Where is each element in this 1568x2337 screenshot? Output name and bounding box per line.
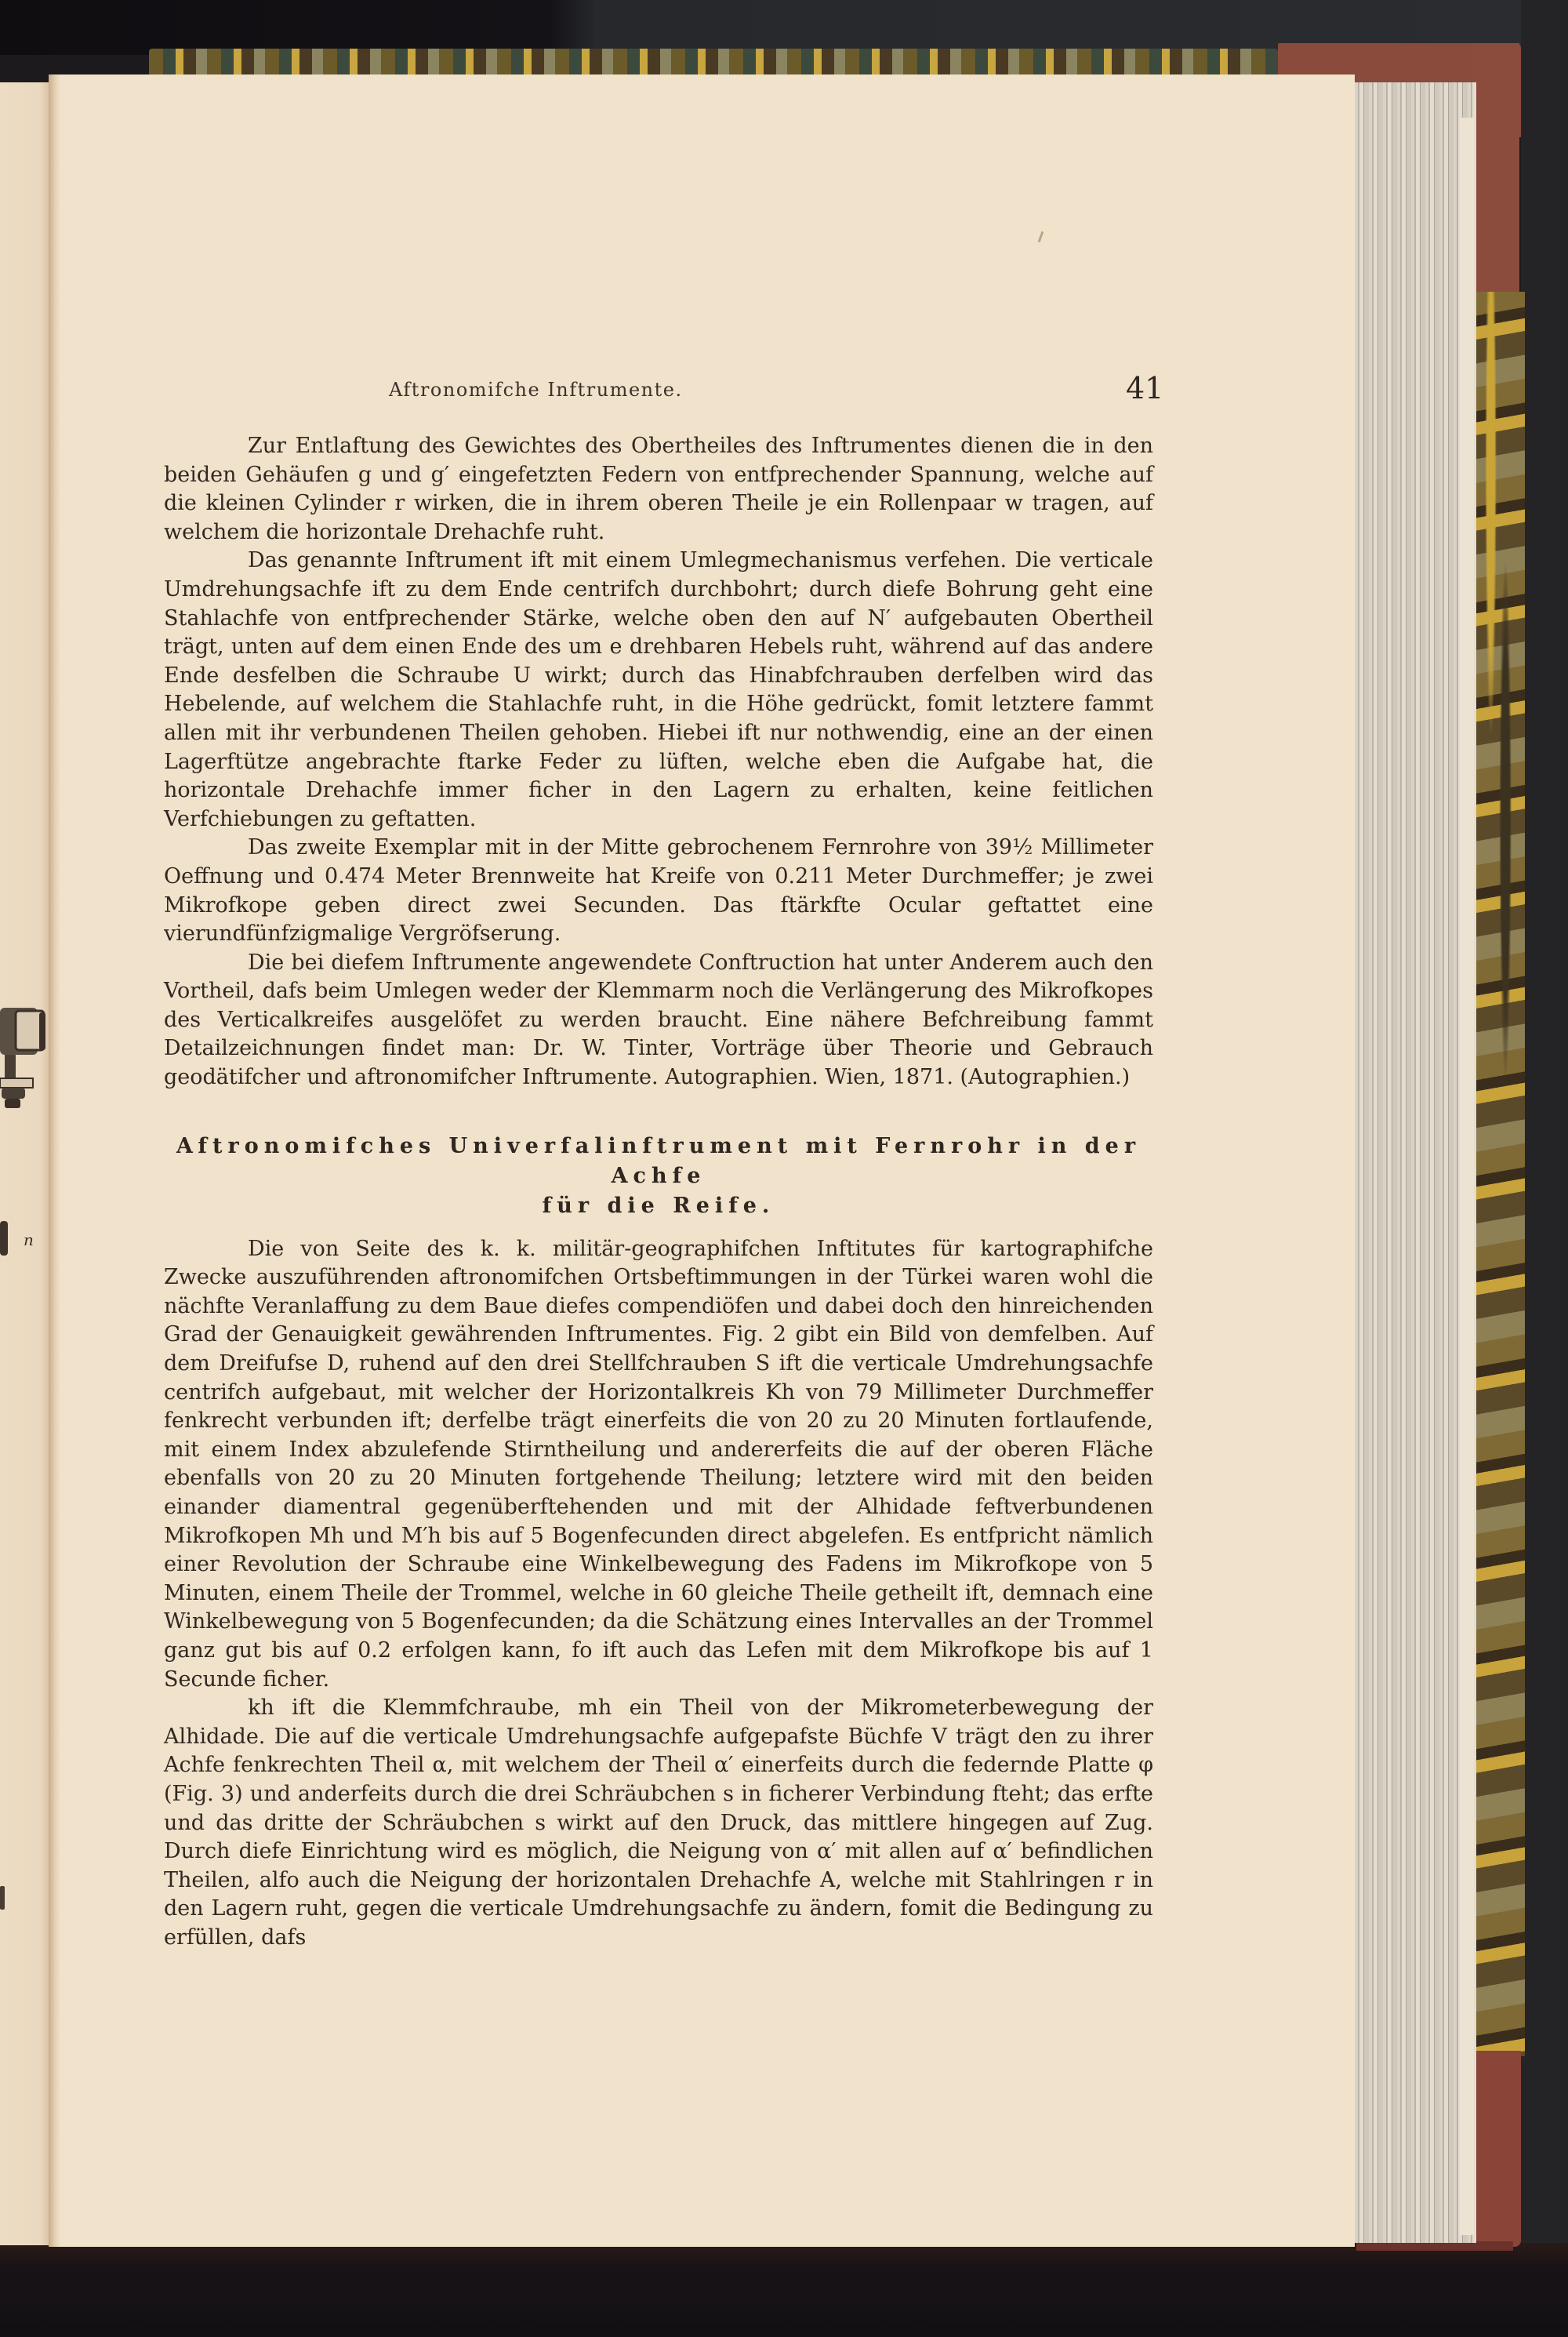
left-page-label-fragment: n	[24, 1230, 34, 1249]
section-heading: Aftronomifches Univerfalinftrument mit F…	[164, 1132, 1153, 1221]
cover-leather-corner-bottom	[1476, 2051, 1521, 2247]
left-page-mark	[0, 1886, 5, 1910]
paragraph: Das zweite Exemplar mit in der Mitte geb…	[164, 834, 1153, 948]
paper-stain	[1038, 231, 1044, 242]
page-number: 41	[1126, 371, 1163, 405]
paragraph: kh ift die Klemmfchraube, mh ein Theil v…	[164, 1694, 1153, 1952]
paragraph: Die von Seite des k. k. militär-geograph…	[164, 1235, 1153, 1695]
cover-top-marbled-edge	[149, 49, 1278, 75]
paragraph: Die bei diefem Inftrumente angewendete C…	[164, 949, 1153, 1092]
left-page: n	[0, 82, 50, 2245]
page-block-edges	[1355, 82, 1476, 2243]
paragraph: Zur Entlaftung des Gewichtes des Oberthe…	[164, 432, 1153, 547]
cover-marbled-board	[1476, 292, 1525, 2056]
paragraph: Das genannte Inftrument ift mit einem Um…	[164, 547, 1153, 834]
right-page: Aftronomifche Inftrumente. 41 Zur Entlaf…	[52, 75, 1355, 2247]
running-title: Aftronomifche Inftrumente.	[389, 379, 683, 401]
wheel-illustration-fragment	[0, 1221, 8, 1256]
page-block-front-edge	[1460, 118, 1474, 2235]
section-heading-line-1: Aftronomifches Univerfalinftrument mit F…	[164, 1132, 1153, 1191]
book-gutter	[49, 75, 60, 2247]
section-heading-line-2: für die Reife.	[164, 1191, 1153, 1221]
cover-leather-right-top	[1474, 43, 1519, 294]
instrument-illustration-fragment	[0, 1000, 45, 1125]
background-bottom	[0, 2243, 1568, 2337]
body-text: Zur Entlaftung des Gewichtes des Oberthe…	[164, 432, 1153, 1953]
background-right	[1521, 0, 1568, 2337]
